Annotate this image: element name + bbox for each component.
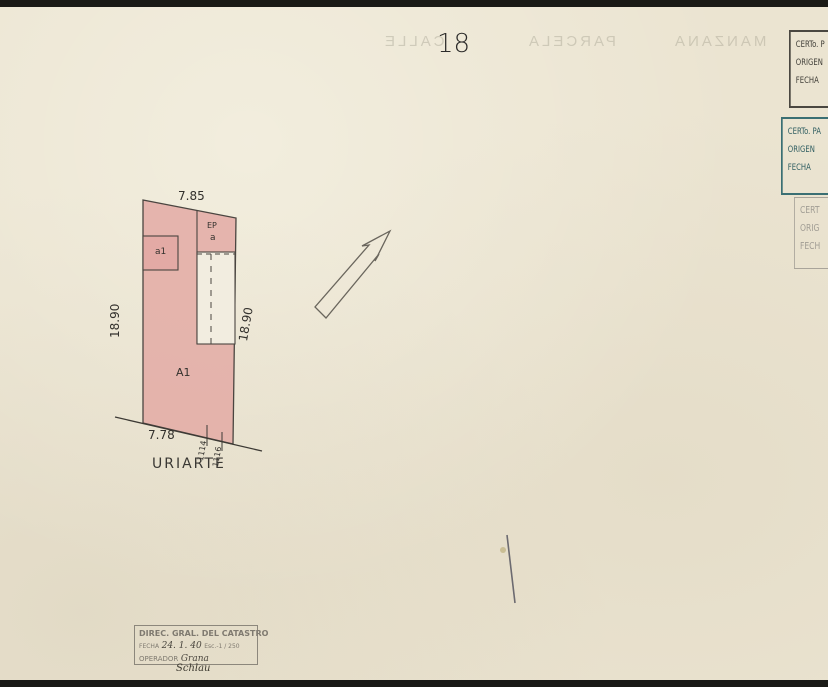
dimension-bottom-width: 7.78 [148, 428, 175, 442]
unit-label-A1: A1 [176, 366, 191, 379]
street-name: URIARTE [152, 456, 226, 472]
north-arrow-icon [315, 231, 390, 318]
patio-area [197, 252, 235, 344]
lot-plan-drawing [0, 0, 828, 687]
dimension-left-depth: 18.90 [108, 304, 122, 338]
escala-value: Esc.-1 / 250 [204, 643, 239, 650]
catastro-title: DIREC. GRAL. DEL CATASTRO [139, 628, 253, 640]
pencil-mark [507, 535, 515, 603]
unit-label-a1-small: a1 [155, 247, 166, 257]
fecha-value: 24. 1. 40 [162, 641, 202, 651]
catastro-stamp: DIREC. GRAL. DEL CATASTRO FECHA 24. 1. 4… [134, 625, 258, 665]
signature: Schlau [176, 663, 211, 674]
unit-label-ep: EP [207, 221, 217, 230]
dimension-top-width: 7.85 [178, 189, 205, 203]
fecha-label: FECHA [139, 643, 159, 650]
operador-label: OPERADOR [139, 655, 178, 663]
unit-label-a: a [210, 233, 216, 243]
